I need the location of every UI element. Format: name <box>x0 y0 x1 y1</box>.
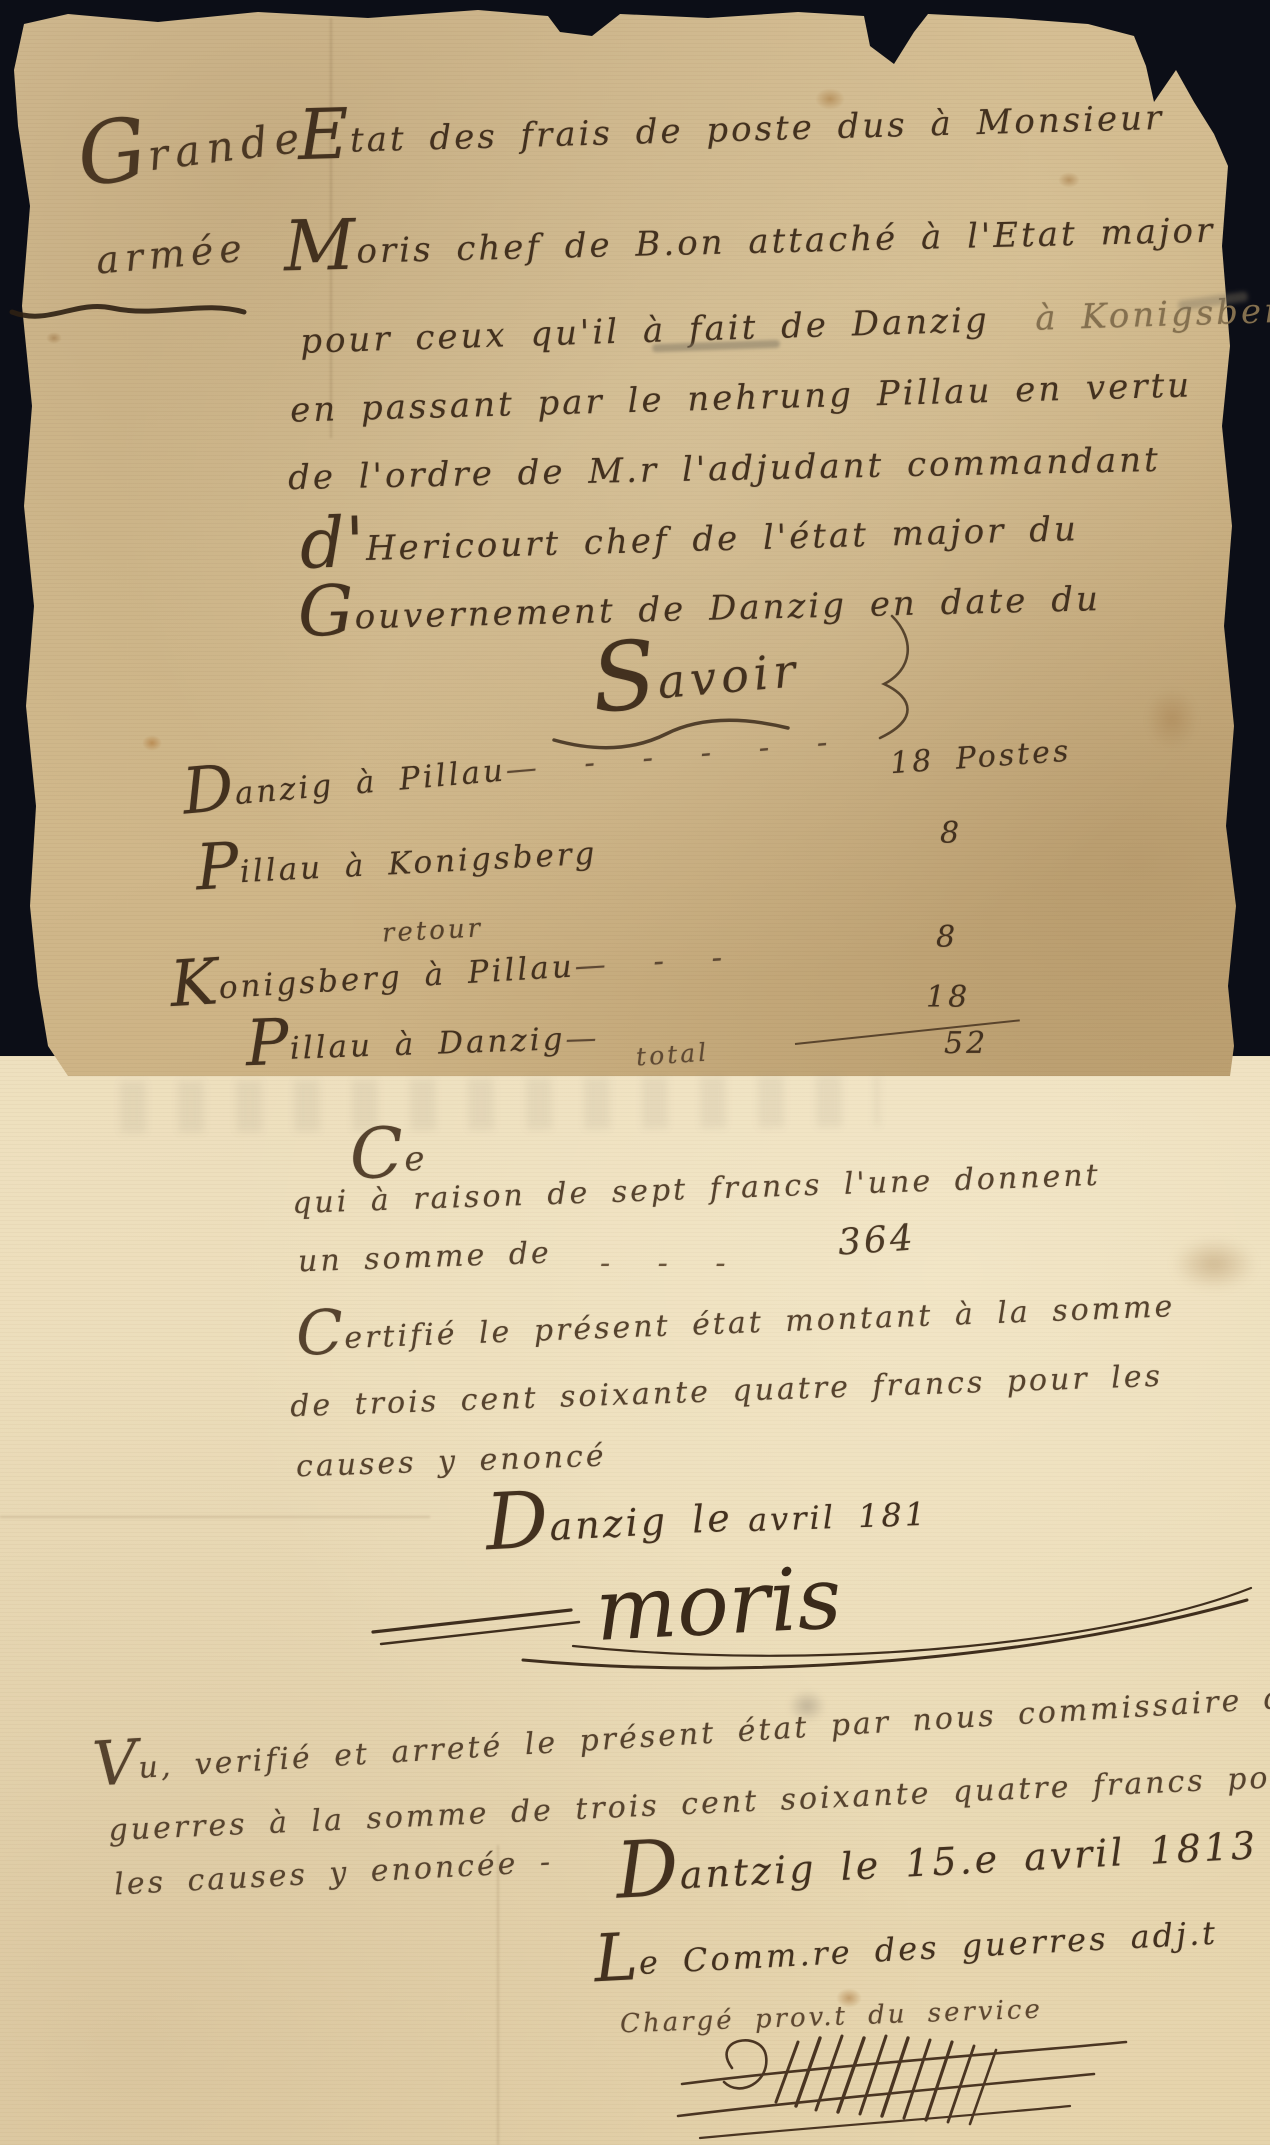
para1-ce: Ce <box>349 1139 428 1182</box>
moris-signature-text: moris <box>593 1548 844 1661</box>
ink-bleed-ghost <box>120 1075 880 1134</box>
sum-dashes: - - - <box>600 1246 736 1281</box>
total-note: total <box>635 1037 710 1071</box>
scanned-manuscript: { "palette": { "background": "#0c0e17", … <box>0 0 1270 2145</box>
moris-signature: moris <box>365 1540 1255 1685</box>
route-value-4: 18 <box>926 980 970 1015</box>
route-value-3: 8 <box>936 920 958 955</box>
savoir-flourish <box>548 712 798 756</box>
heading-line-3-added: à Konigsberg <box>1035 290 1270 339</box>
route-row-3-label: retour <box>381 913 484 948</box>
grande-armee-flourish <box>8 292 248 328</box>
sum-amount: 364 <box>837 1217 917 1263</box>
route-value-2: 8 <box>940 816 962 851</box>
route-row-5-dashes: — <box>565 1020 608 1057</box>
brace-flourish <box>862 612 918 742</box>
route-total-value: 52 <box>944 1026 988 1061</box>
route-row-3: retour <box>381 913 484 948</box>
dateline-date: avril 181 <box>747 1495 928 1539</box>
route-value-1-number: 18 <box>889 743 936 781</box>
commissaire-signature-scribble <box>670 2026 1140 2144</box>
